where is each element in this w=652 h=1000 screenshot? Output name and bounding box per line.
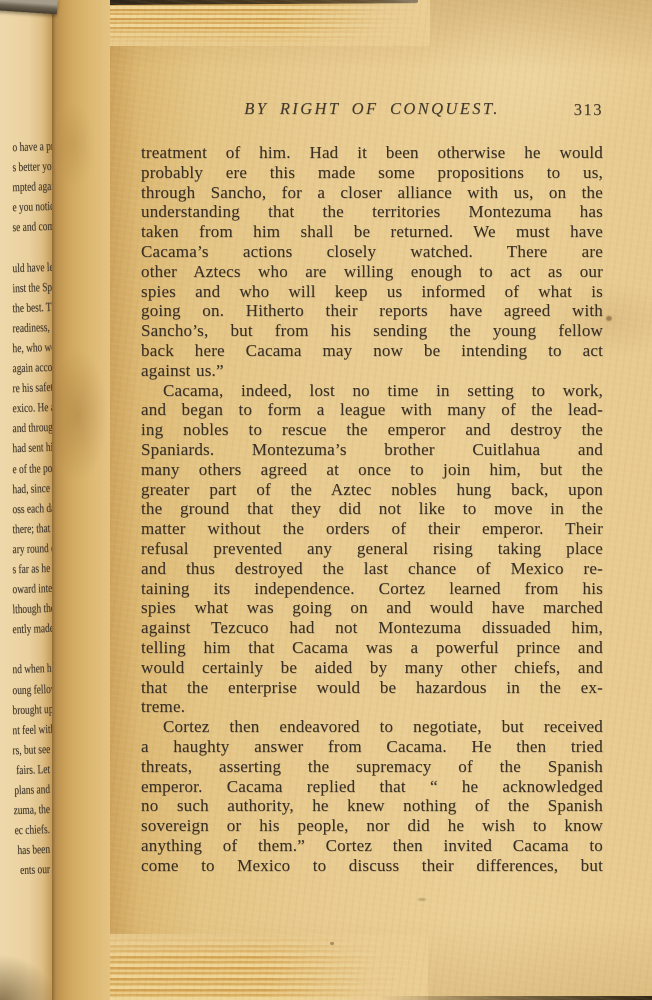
- left-page-edge: o have a pro-s better youmpted againste …: [0, 0, 52, 1000]
- text-line: the ground that they did not like to mov…: [141, 499, 603, 519]
- left-page-gap: [12, 638, 50, 659]
- left-page-text-fragment: rs, but see: [12, 739, 50, 760]
- text-line: through Sancho, for a closer alliance wi…: [141, 183, 603, 203]
- text-line: taining its independence. Cortez learned…: [141, 579, 603, 599]
- left-page-text-fragment: e of the popu-: [12, 458, 50, 479]
- left-page-text-fragment: re his safety: [12, 377, 50, 398]
- text-line: come to Mexico to discuss their differen…: [141, 856, 603, 876]
- left-page-text-fragment: and through: [12, 417, 50, 438]
- text-line: greater part of the Aztec nobles hung ba…: [141, 480, 603, 500]
- text-line: treatment of him. Had it been otherwise …: [141, 143, 603, 163]
- left-page-text-fragment: ently made a: [12, 618, 50, 639]
- left-page-text-fragment: there; that: [12, 518, 50, 539]
- text-line: against Tezcuco had not Montezuma dissua…: [141, 618, 603, 638]
- text-line: no such authority, he knew nothing of th…: [141, 796, 603, 816]
- left-page-text-fragment: ec chiefs.: [12, 819, 50, 840]
- paragraph: Cacama, indeed, lost no time in setting …: [141, 381, 603, 718]
- paragraph: treatment of him. Had it been otherwise …: [141, 143, 603, 381]
- text-line: treme.: [141, 697, 603, 717]
- text-line: a haughty answer from Cacama. He then tr…: [141, 737, 603, 757]
- page-stack-bottom-shadow: [380, 996, 652, 1000]
- text-line: against us.”: [141, 361, 603, 381]
- text-line: spies and who will keep us informed of w…: [141, 282, 603, 302]
- left-page-text-fragment: nd when he: [12, 658, 50, 679]
- text-line: other Aztecs who are willing enough to a…: [141, 262, 603, 282]
- left-page-text-fragment: ents our: [12, 859, 50, 880]
- left-page-text-fragment: s far as he: [12, 558, 50, 579]
- left-page-text-fragment: uld have led: [12, 257, 50, 278]
- text-line: many others agreed at once to join him, …: [141, 460, 603, 480]
- text-line: Cacama, indeed, lost no time in setting …: [141, 381, 603, 401]
- left-page-text-fragment: o have a pro-: [12, 136, 50, 157]
- left-page-text-fragment: exico. He at: [12, 397, 50, 418]
- left-page-text-fragment: he, who wept: [12, 337, 50, 358]
- left-page-text-fragment: oung fellow: [12, 679, 50, 700]
- left-page-text-fragment: lthough the: [12, 598, 50, 619]
- text-line: understanding that the territories Monte…: [141, 202, 603, 222]
- text-line: and began to form a league with many of …: [141, 400, 603, 420]
- left-page-fragments: o have a pro-s better youmpted againste …: [0, 136, 52, 879]
- page-number: 313: [574, 100, 603, 120]
- left-page-text-fragment: readiness, and: [12, 317, 50, 338]
- text-line: matter without the orders of their emper…: [141, 519, 603, 539]
- text-line: threats, asserting the supremacy of the …: [141, 757, 603, 777]
- text-line: telling him that Cacama was a powerful p…: [141, 638, 603, 658]
- text-line: taken from him shall be returned. We mus…: [141, 222, 603, 242]
- text-line: Spaniards. Montezuma’s brother Cuitlahua…: [141, 440, 603, 460]
- text-line: refusal prevented any general rising tak…: [141, 539, 603, 559]
- page-stack-top-edge: [110, 0, 430, 46]
- text-line: spies what was going on and would have m…: [141, 598, 603, 618]
- left-page-text-fragment: again accom-: [12, 357, 50, 378]
- page-stack-bottom-edge: [110, 934, 428, 1000]
- left-page-text-fragment: e you notice,: [12, 196, 50, 217]
- text-line: going on. Hitherto their reports have ag…: [141, 301, 603, 321]
- text-line: and thus destroyed the last chance of Me…: [141, 559, 603, 579]
- left-page-text-fragment: inst the Span-: [12, 277, 50, 298]
- text-line: back here Cacama may now be intending to…: [141, 341, 603, 361]
- left-page-text-fragment: the best. The: [12, 297, 50, 318]
- page-body: treatment of him. Had it been otherwise …: [141, 143, 603, 875]
- left-page-text-fragment: oss each day: [12, 498, 50, 519]
- running-header: BY RIGHT OF CONQUEST. 313: [141, 99, 603, 121]
- running-header-title: BY RIGHT OF CONQUEST.: [141, 99, 603, 119]
- text-line: Sancho’s, but from his sending the young…: [141, 321, 603, 341]
- left-page-text-fragment: had sent him: [12, 437, 50, 458]
- page-stack-top-shadow: [110, 0, 418, 5]
- left-page-gap: [12, 236, 50, 257]
- left-page-text-fragment: brought up: [12, 699, 50, 720]
- text-line: would certainly be aided by many other c…: [141, 658, 603, 678]
- text-line: that the enterprise would be hazardous i…: [141, 678, 603, 698]
- text-line: Cacama’s actions closely watched. There …: [141, 242, 603, 262]
- book-scan: o have a pro-s better youmpted againste …: [0, 0, 652, 1000]
- left-page-text-fragment: s better you: [12, 156, 50, 177]
- text-line: sovereign or his people, nor did he wish…: [141, 816, 603, 836]
- page-gutter: [52, 0, 110, 1000]
- paragraph: Cortez then endeavored to negotiate, but…: [141, 717, 603, 875]
- text-line: Cortez then endeavored to negotiate, but…: [141, 717, 603, 737]
- left-page-text-fragment: had, since he: [12, 478, 50, 499]
- left-page-text-fragment: mpted against: [12, 176, 50, 197]
- left-page-text-fragment: has been: [12, 839, 50, 860]
- text-line: ing nobles to rescue the emperor and des…: [141, 420, 603, 440]
- left-page-text-fragment: oward inter-: [12, 578, 50, 599]
- text-line: probably ere this made some propositions…: [141, 163, 603, 183]
- text-line: emperor. Cacama replied that “ he acknow…: [141, 777, 603, 797]
- left-page-text-fragment: ary round of: [12, 538, 50, 559]
- left-page-text-fragment: se and come: [12, 216, 50, 237]
- left-page-text-fragment: fairs. Let: [12, 759, 50, 780]
- text-line: anything of them.” Cortez then invited C…: [141, 836, 603, 856]
- left-page-text-fragment: plans and: [12, 779, 50, 800]
- left-page-text-fragment: nt feel with: [12, 719, 50, 740]
- left-page-text-fragment: zuma, the: [12, 799, 50, 820]
